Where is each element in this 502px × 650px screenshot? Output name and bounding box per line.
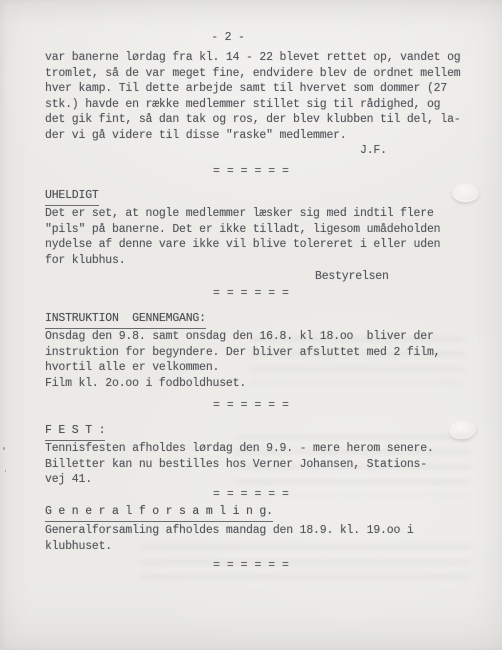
paper-speck [5,470,6,472]
section-separator: = = = = = = [0,558,502,574]
section-heading-uheldigt: UHELDIGT [45,188,466,206]
intro-paragraph: var banerne lørdag fra kl. 14 - 22 bleve… [45,50,466,143]
page-number: - 2 - [0,30,502,46]
typewritten-page: - 2 - var banerne lørdag fra kl. 14 - 22… [0,0,502,650]
paper-fastener-mark [452,183,479,202]
paper-speck [3,447,5,450]
section-separator: = = = = = = [0,286,502,302]
section-body-generalforsamling: Generalforsamling afholdes mandag den 18… [45,523,466,554]
section-heading-generalforsamling: G e n e r a l f o r s a m l i n g. [45,504,466,522]
section-signature-bestyrelsen: Bestyrelsen [315,269,389,285]
section-body-fest: Tennisfesten afholdes lørdag den 9.9. - … [45,441,466,488]
section-separator: = = = = = = [0,487,502,503]
intro-signature: J.F. [360,143,387,159]
section-body-uheldigt: Det er set, at nogle medlemmer læsker si… [45,206,466,268]
section-body-instruktion: Onsdag den 9.8. samt onsdag den 16.8. kl… [45,329,466,391]
section-heading-instruktion: INSTRUKTION GENNEMGANG: [45,311,466,329]
section-heading-fest: F E S T : [45,423,466,441]
section-separator: = = = = = = [0,164,502,180]
section-separator: = = = = = = [0,398,502,414]
